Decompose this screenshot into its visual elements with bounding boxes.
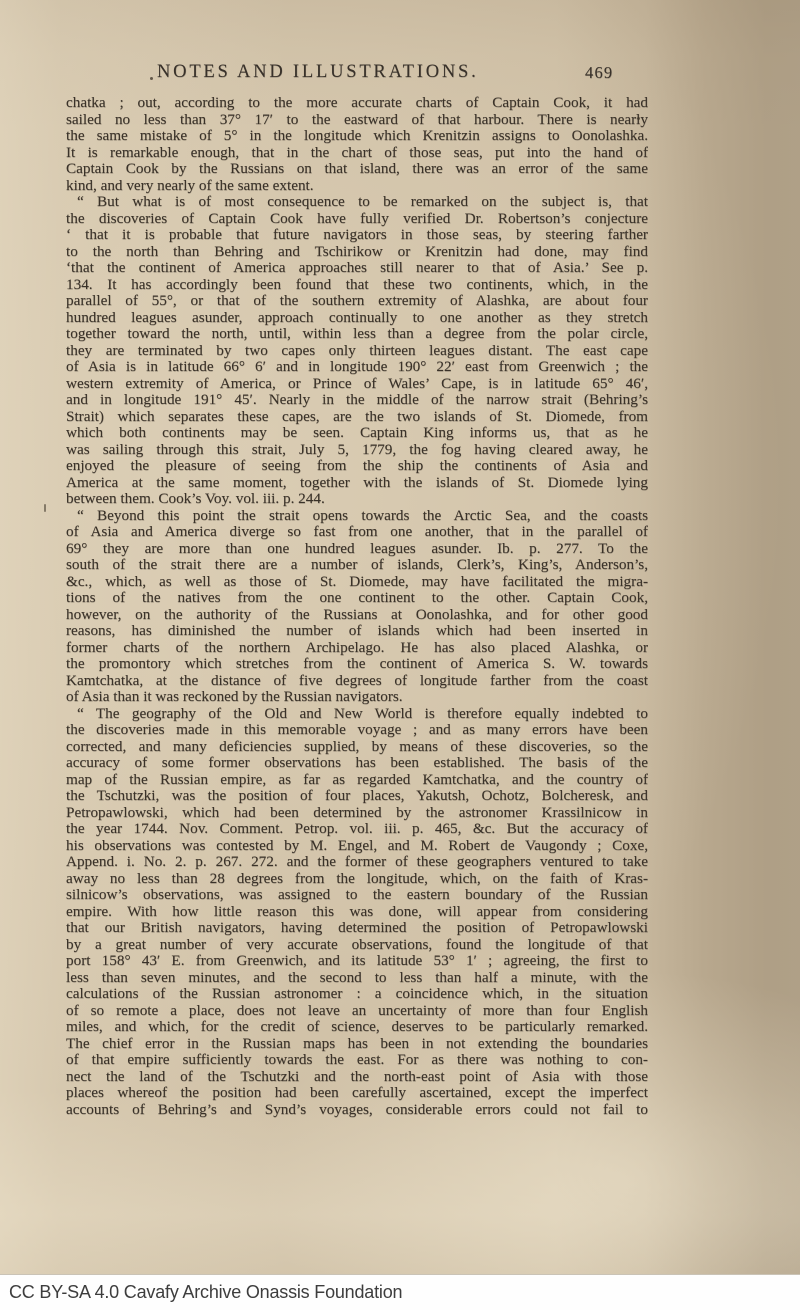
text-line: that our British navigators, having dete… <box>66 920 648 937</box>
text-line: empire. With how little reason this was … <box>66 904 648 921</box>
text-line: ‘that the continent of America approache… <box>66 260 648 277</box>
text-line: western extremity of America, or Prince … <box>66 376 648 393</box>
text-line: to the north than Behring and Tschirikow… <box>66 244 648 261</box>
text-line: Petropawlowski, which had been determine… <box>66 805 648 822</box>
scan-speck <box>44 504 46 512</box>
text-line: hundred leagues asunder, approach contin… <box>66 310 648 327</box>
text-line: the Tschutzki, was the position of four … <box>66 788 648 805</box>
text-line: chatka ; out, according to the more accu… <box>66 95 648 112</box>
text-line: Strait) which separates these capes, are… <box>66 409 648 426</box>
license-text: CC BY-SA 4.0 Cavafy Archive Onassis Foun… <box>9 1282 402 1303</box>
text-line: however, on the authority of the Russian… <box>66 607 648 624</box>
text-line: together toward the north, until, within… <box>66 326 648 343</box>
text-line: former charts of the northern Archipelag… <box>66 640 648 657</box>
text-line: “ But what is of most consequence to be … <box>66 194 648 211</box>
text-line: tions of the natives from the one contin… <box>66 590 648 607</box>
text-line: away no less than 28 degrees from the lo… <box>66 871 648 888</box>
text-line: his observations was contested by M. Eng… <box>66 838 648 855</box>
paragraph: “ But what is of most consequence to be … <box>66 194 648 508</box>
text-line: kind, and very nearly of the same extent… <box>66 178 648 195</box>
text-line: the year 1744. Nov. Comment. Petrop. vol… <box>66 821 648 838</box>
text-line: nect the land of the Tschutzki and the n… <box>66 1069 648 1086</box>
license-bar: CC BY-SA 4.0 Cavafy Archive Onassis Foun… <box>0 1274 800 1310</box>
running-title: NOTES AND ILLUSTRATIONS. <box>157 62 479 83</box>
text-line: was sailing through this strait, July 5,… <box>66 442 648 459</box>
paragraph: “ The geography of the Old and New World… <box>66 706 648 1119</box>
text-line: by a great number of very accurate obser… <box>66 937 648 954</box>
text-line: which both continents may be seen. Capta… <box>66 425 648 442</box>
text-line: of Asia and America diverge so fast from… <box>66 524 648 541</box>
text-line: &c., which, as well as those of St. Diom… <box>66 574 648 591</box>
text-line: the discoveries of Captain Cook have ful… <box>66 211 648 228</box>
text-line: sailed no less than 37° 17′ to the eastw… <box>66 112 648 129</box>
text-line: of that empire sufficiently towards the … <box>66 1052 648 1069</box>
text-line: accuracy of some former observations has… <box>66 755 648 772</box>
scan-speck <box>637 117 640 120</box>
paragraph: chatka ; out, according to the more accu… <box>66 95 648 194</box>
text-line: enjoyed the pleasure of seeing from the … <box>66 458 648 475</box>
text-line: and in longitude 191° 45′. Nearly in the… <box>66 392 648 409</box>
text-line: “ The geography of the Old and New World… <box>66 706 648 723</box>
text-line: Kamtchatka, at the distance of five degr… <box>66 673 648 690</box>
text-line: miles, and which, for the credit of scie… <box>66 1019 648 1036</box>
text-line: “ Beyond this point the strait opens tow… <box>66 508 648 525</box>
text-line: port 158° 43′ E. from Greenwich, and its… <box>66 953 648 970</box>
text-line: of Asia than it was reckoned by the Russ… <box>66 689 648 706</box>
text-line: of so remote a place, does not leave an … <box>66 1003 648 1020</box>
text-line: between them. Cook’s Voy. vol. iii. p. 2… <box>66 491 648 508</box>
text-line: parallel of 55°, or that of the southern… <box>66 293 648 310</box>
text-line: Append. i. No. 2. p. 267. 272. and the f… <box>66 854 648 871</box>
scanned-book-page: NOTES AND ILLUSTRATIONS. 469 chatka ; ou… <box>0 0 800 1310</box>
text-line: America at the same moment, together wit… <box>66 475 648 492</box>
text-line: south of the strait there are a number o… <box>66 557 648 574</box>
text-line: accounts of Behring’s and Synd’s voyages… <box>66 1102 648 1119</box>
text-line: 69° they are more than one hundred leagu… <box>66 541 648 558</box>
text-line: silnicow’s observations, was assigned to… <box>66 887 648 904</box>
text-line: 134. It has accordingly been found that … <box>66 277 648 294</box>
text-line: the discoveries made in this memorable v… <box>66 722 648 739</box>
text-line: map of the Russian empire, as far as reg… <box>66 772 648 789</box>
text-line: calculations of the Russian astronomer :… <box>66 986 648 1003</box>
text-line: places whereof the position had been car… <box>66 1085 648 1102</box>
text-line: The chief error in the Russian maps has … <box>66 1036 648 1053</box>
text-line: the promontory which stretches from the … <box>66 656 648 673</box>
text-line: less than seven minutes, and the second … <box>66 970 648 987</box>
text-line: Captain Cook by the Russians on that isl… <box>66 161 648 178</box>
text-line: the same mistake of 5° in the longitude … <box>66 128 648 145</box>
text-line: of Asia is in latitude 66° 6′ and in lon… <box>66 359 648 376</box>
page-text: chatka ; out, according to the more accu… <box>66 95 648 1118</box>
page-number: 469 <box>585 63 613 83</box>
text-line: corrected, and many deficiencies supplie… <box>66 739 648 756</box>
text-line: ‘ that it is probable that future naviga… <box>66 227 648 244</box>
text-line: they are terminated by two capes only th… <box>66 343 648 360</box>
text-line: reasons, has diminished the number of is… <box>66 623 648 640</box>
scan-speck <box>150 77 153 80</box>
paragraph: “ Beyond this point the strait opens tow… <box>66 508 648 706</box>
text-line: It is remarkable enough, that in the cha… <box>66 145 648 162</box>
